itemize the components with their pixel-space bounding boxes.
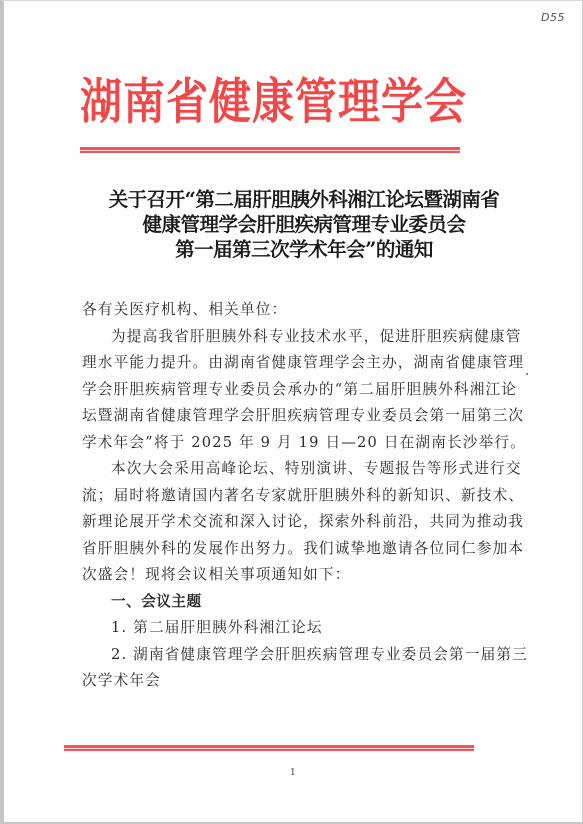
title-line: 第一届第三次学术年会”的通知 <box>64 237 544 262</box>
document-body: 各有关医疗机构、相关单位： 为提高我省肝胆胰外科专业技术水平，促进肝胆疾病健康管… <box>82 297 530 695</box>
footer-divider <box>64 745 474 751</box>
page-number: 1 <box>290 768 296 778</box>
scan-speck <box>526 373 528 375</box>
document-page: D55 湖南省健康管理学会 关于召开“第二届肝胆胰外科湘江论坛暨湖南省 健康管理… <box>0 0 583 824</box>
paragraph: 本次大会采用高峰论坛、特别演讲、专题报告等形式进行交流；届时将邀请国内著名专家就… <box>82 456 530 589</box>
letterhead-divider <box>80 147 460 153</box>
document-title: 关于召开“第二届肝胆胰外科湘江论坛暨湖南省 健康管理学会肝胆疾病管理专业委员会 … <box>64 187 544 262</box>
salutation: 各有关医疗机构、相关单位： <box>82 297 530 324</box>
letterhead-title: 湖南省健康管理学会 <box>80 65 510 139</box>
handwritten-note: D55 <box>541 11 565 24</box>
paragraph: 为提高我省肝胆胰外科专业技术水平，促进肝胆疾病健康管理水平能力提升。由湖南省健康… <box>82 324 530 457</box>
topic-item: 2. 湖南省健康管理学会肝胆疾病管理专业委员会第一届第三次学术年会 <box>82 642 530 695</box>
topic-item: 1. 第二届肝胆胰外科湘江论坛 <box>82 615 530 642</box>
title-line: 健康管理学会肝胆疾病管理专业委员会 <box>64 212 544 237</box>
section-heading: 一、会议主题 <box>82 589 530 616</box>
title-line: 关于召开“第二届肝胆胰外科湘江论坛暨湖南省 <box>64 187 544 212</box>
